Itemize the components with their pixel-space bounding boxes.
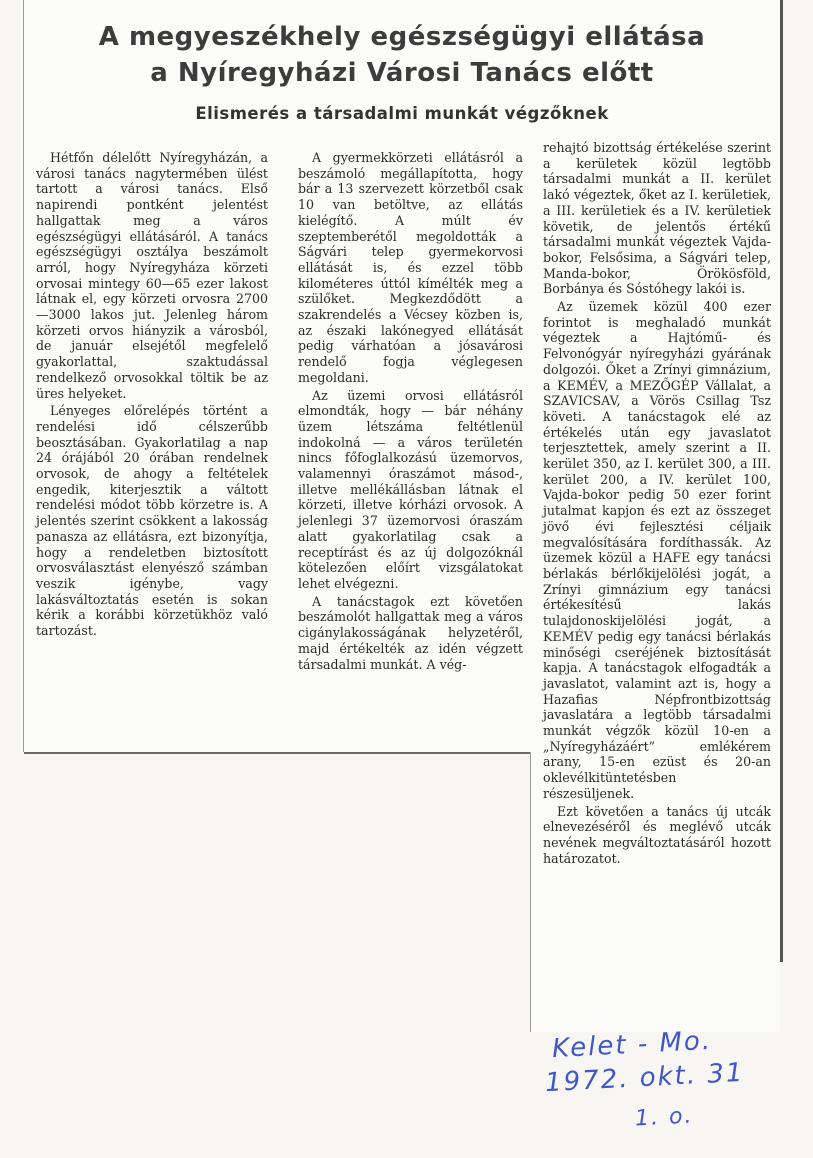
- handwritten-date: 1972. okt. 31: [544, 1058, 745, 1098]
- paragraph: A gyermekkörzeti ellátásról a beszámoló …: [298, 150, 523, 386]
- paragraph: Lényeges előrelépés történt a rendelési …: [36, 403, 268, 639]
- paragraph: Ezt követően a tanács új utcák elnevezés…: [543, 804, 771, 867]
- handwritten-page: 1. o.: [634, 1103, 694, 1131]
- article-column-1: Hétfőn délelőtt Nyíregyházán, a városi t…: [36, 150, 268, 639]
- clipping-right-edge: [780, 0, 783, 962]
- clipping-column3-left-edge: [530, 752, 531, 1032]
- headline-line-1: A megyeszékhely egészségügyi ellátása: [24, 22, 780, 52]
- subheadline: Elismerés a társadalmi munkát végzőknek: [24, 104, 780, 123]
- article-column-3: rehajtó bizottság értékelése szerint a k…: [543, 140, 771, 866]
- paragraph: Hétfőn délelőtt Nyíregyházán, a városi t…: [36, 150, 268, 401]
- article-column-2: A gyermekkörzeti ellátásról a beszámoló …: [298, 150, 523, 672]
- clipping-bottom-edge: [24, 752, 530, 754]
- headline-line-2: a Nyíregyházi Városi Tanács előtt: [24, 58, 780, 88]
- paragraph: Az üzemek közül 400 ezer forintot is meg…: [543, 299, 771, 802]
- paragraph: rehajtó bizottság értékelése szerint a k…: [543, 140, 771, 297]
- paragraph: Az üzemi orvosi ellátásról elmondták, ho…: [298, 388, 523, 592]
- paragraph: A tanácstagok ezt követően beszámolót ha…: [298, 594, 523, 673]
